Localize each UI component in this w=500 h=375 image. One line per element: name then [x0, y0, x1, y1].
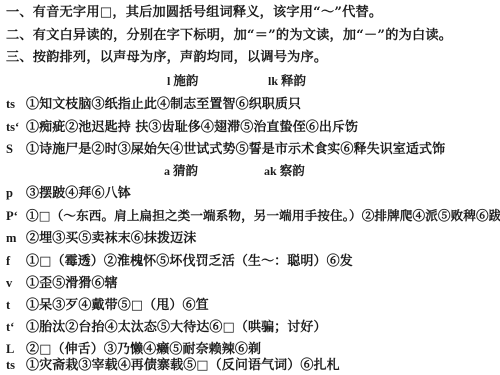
- rhyme-code: lk: [268, 74, 278, 88]
- rhyme-title: 察韵: [280, 163, 305, 178]
- rhyme-title: 猜韵: [173, 163, 198, 178]
- rhyme-title: 施韵: [173, 73, 198, 88]
- note-3: 三、按韵排列，以声母为序，声韵均同，以调号为序。: [6, 49, 327, 67]
- initial-label: v: [6, 274, 26, 292]
- rhyme-code: l: [167, 74, 170, 88]
- table-row: ts①灾斋栽③宰载④再债寨载⑤□（反问语气词）⑥扎札: [6, 356, 340, 375]
- section-heading-shi: l施韵: [167, 71, 198, 89]
- row-text: ①知文枝脑③纸指止此④制志至置智⑥织职质只: [26, 97, 301, 112]
- table-row: t‘①胎汰②台抬④太汰态⑤大待达⑥□（哄骗；讨好）: [6, 318, 327, 337]
- table-row: p③摆跛④拜⑥八钵: [6, 184, 131, 203]
- note-1: 一、有音无字用□，其后加圆括号组词释义，该字用“～”代替。: [6, 4, 382, 22]
- table-row: v①歪⑤滑猾⑥辖: [6, 274, 118, 293]
- initial-label: f: [6, 252, 26, 270]
- table-row: m②埋③买⑤卖袜末⑥抹拨迈沫: [6, 229, 196, 248]
- row-text: ②埋③买⑤卖袜末⑥抹拨迈沫: [26, 231, 196, 246]
- initial-label: ts: [6, 95, 26, 113]
- row-text: ①痴疵②池迟匙持 扶③齿耻侈④翅滞⑤治直蛰侄⑥出斥饬: [26, 120, 358, 135]
- note-2: 二、有文白异读的，分别在字下标明，加“＝”的为文读，加“－”的为白读。: [6, 27, 452, 45]
- initial-label: m: [6, 229, 26, 247]
- row-text: ①呆③歹④戴带⑤□（甩）⑥笪: [26, 298, 209, 313]
- initial-label: t‘: [6, 318, 26, 336]
- row-text: ①胎汰②台抬④太汰态⑤大待达⑥□（哄骗；讨好）: [26, 320, 327, 335]
- section-heading-cha: ak察韵: [264, 161, 305, 179]
- section-heading-cai: a猜韵: [164, 161, 198, 179]
- row-text: ①□（～东西。肩上扁担之类一端系物，另一端用手按住。）②排牌爬④派⑤败稗⑥跋泼: [26, 208, 500, 223]
- row-text: ①□（霉透）②淮槐怀⑤坏伐罚乏活（生～：聪明）⑥发: [26, 254, 353, 269]
- table-row: t①呆③歹④戴带⑤□（甩）⑥笪: [6, 296, 209, 315]
- row-text: ③摆跛④拜⑥八钵: [26, 186, 131, 201]
- row-text: ①歪⑤滑猾⑥辖: [26, 276, 118, 291]
- table-row: S①诗施尸是②时③屎始矢④世试式势⑤誓是市示术食实⑥释失识室适式饰: [6, 140, 445, 159]
- table-row: ts①知文枝脑③纸指止此④制志至置智⑥织职质只: [6, 95, 301, 114]
- table-row: ts‘①痴疵②池迟匙持 扶③齿耻侈④翅滞⑤治直蛰侄⑥出斥饬: [6, 118, 358, 137]
- initial-label: ts‘: [6, 118, 26, 136]
- rhyme-code: ak: [264, 164, 277, 178]
- initial-label: ts: [6, 356, 26, 374]
- initial-label: p: [6, 184, 26, 202]
- initial-label: P‘: [6, 207, 26, 225]
- row-text: ①诗施尸是②时③屎始矢④世试式势⑤誓是市示术食实⑥释失识室适式饰: [26, 142, 445, 157]
- row-text: ①灾斋栽③宰载④再债寨载⑤□（反问语气词）⑥扎札: [26, 358, 340, 373]
- rhyme-code: a: [164, 164, 170, 178]
- initial-label: t: [6, 296, 26, 314]
- section-heading-shi-k: lk释韵: [268, 71, 306, 89]
- table-row: f①□（霉透）②淮槐怀⑤坏伐罚乏活（生～：聪明）⑥发: [6, 252, 353, 271]
- table-row: P‘①□（～东西。肩上扁担之类一端系物，另一端用手按住。）②排牌爬④派⑤败稗⑥跋…: [6, 207, 500, 225]
- rhyme-title: 释韵: [281, 73, 306, 88]
- row-text: ②□（伸舌）③乃懒④癞⑤耐奈赖辣⑥剃: [26, 342, 261, 357]
- initial-label: S: [6, 140, 26, 158]
